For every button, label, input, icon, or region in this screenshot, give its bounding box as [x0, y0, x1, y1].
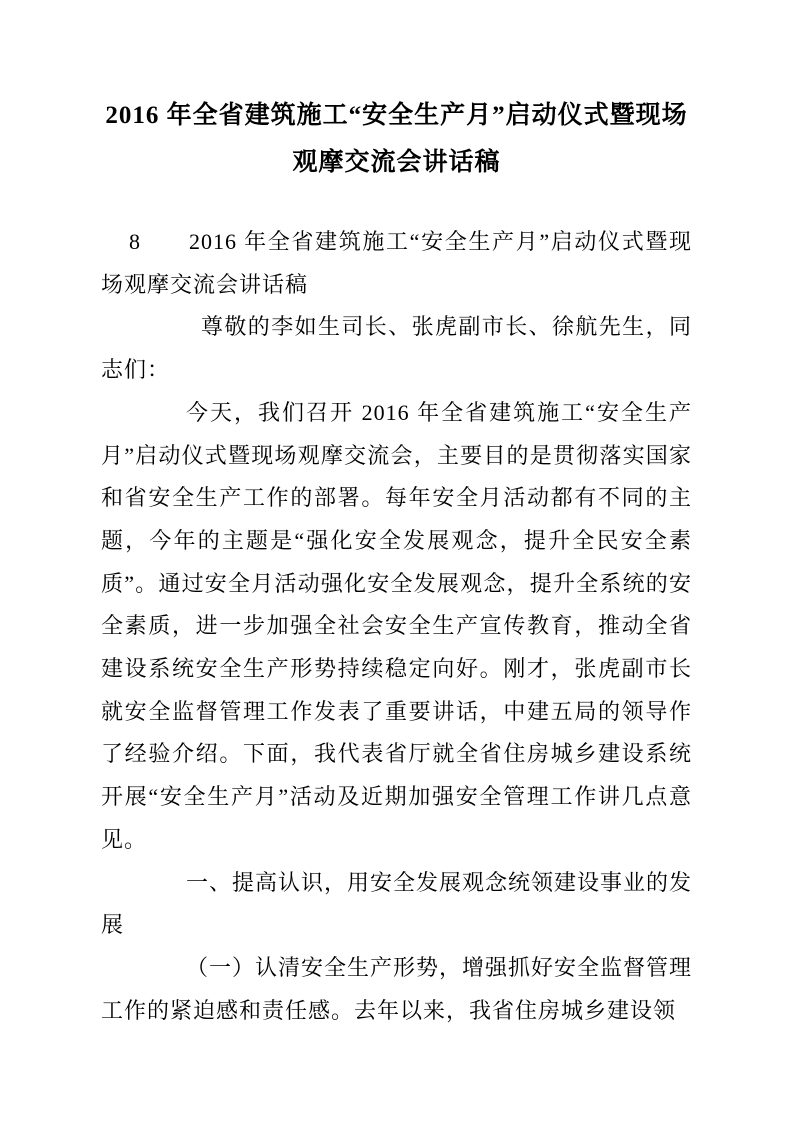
document-paragraph: （一）认清安全生产形势，增强抓好安全监督管理工作的紧迫感和责任感。去年以来，我省…: [101, 947, 692, 1032]
document-body: 8 2016 年全省建筑施工“安全生产月”启动仪式暨现场观摩交流会讲话稿尊敬的李…: [101, 221, 692, 1032]
document-paragraph: 尊敬的李如生司长、张虎副市长、徐航先生，同志们：: [101, 306, 692, 391]
document-title: 2016 年全省建筑施工“安全生产月”启动仪式暨现场观摩交流会讲话稿: [101, 92, 692, 186]
document-page: 2016 年全省建筑施工“安全生产月”启动仪式暨现场观摩交流会讲话稿 8 201…: [0, 0, 794, 1123]
document-paragraph: 8 2016 年全省建筑施工“安全生产月”启动仪式暨现场观摩交流会讲话稿: [101, 221, 692, 306]
document-paragraph: 一、提高认识，用安全发展观念统领建设事业的发展: [101, 862, 692, 947]
document-paragraph: 今天，我们召开 2016 年全省建筑施工“安全生产月”启动仪式暨现场观摩交流会，…: [101, 392, 692, 862]
